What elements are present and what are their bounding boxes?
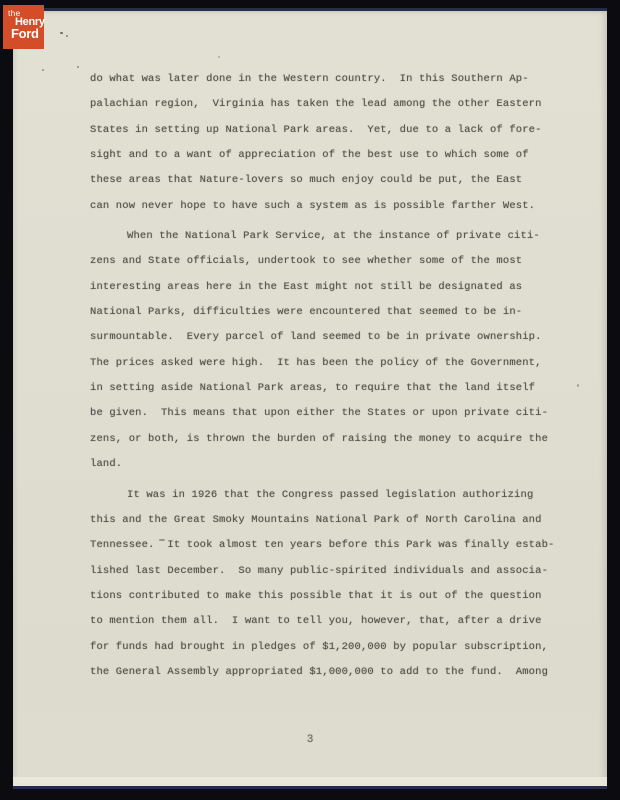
text-line: States in setting up National Park areas…: [90, 118, 580, 143]
paper-bottom-edge: [13, 777, 607, 786]
text-line: be given. This means that upon either th…: [90, 401, 580, 426]
text-line: National Parks, difficulties were encoun…: [90, 300, 580, 325]
page-number: 3: [13, 734, 607, 746]
text-line: do what was later done in the Western co…: [90, 67, 580, 92]
paragraph: It was in 1926 that the Congress passed …: [90, 483, 580, 686]
scan-speck: [66, 35, 68, 37]
text-line: sight and to a want of appreciation of t…: [90, 143, 580, 168]
scan-background: the Henry Ford do what was later done in…: [0, 0, 620, 800]
scan-speck: [60, 32, 63, 34]
text-line: for funds had brought in pledges of $1,2…: [90, 635, 580, 660]
text-line: zens, or both, is thrown the burden of r…: [90, 427, 580, 452]
document-page: do what was later done in the Western co…: [13, 8, 607, 789]
text-line: to mention them all. I want to tell you,…: [90, 609, 580, 634]
text-line: zens and State officials, undertook to s…: [90, 249, 580, 274]
text-line: these areas that Nature-lovers so much e…: [90, 168, 580, 193]
scan-speck: [159, 539, 165, 541]
text-line: tions contributed to make this possible …: [90, 584, 580, 609]
logo-text-ford: Ford: [11, 27, 44, 40]
scan-speck: [577, 384, 579, 387]
text-line: in setting aside National Park areas, to…: [90, 376, 580, 401]
text-line: palachian region, Virginia has taken the…: [90, 92, 580, 117]
text-line: It was in 1926 that the Congress passed …: [90, 483, 580, 508]
scan-speck: [218, 56, 220, 58]
text-line: Tennessee. It took almost ten years befo…: [90, 533, 580, 558]
text-line: the General Assembly appropriated $1,000…: [90, 660, 580, 685]
text-line: The prices asked were high. It has been …: [90, 351, 580, 376]
typewritten-text: do what was later done in the Western co…: [90, 67, 580, 685]
text-line: surmountable. Every parcel of land seeme…: [90, 325, 580, 350]
text-line: interesting areas here in the East might…: [90, 275, 580, 300]
text-line: lished last December. So many public-spi…: [90, 559, 580, 584]
text-line: land.: [90, 452, 580, 477]
paragraph: do what was later done in the Western co…: [90, 67, 580, 219]
text-line: When the National Park Service, at the i…: [90, 224, 580, 249]
scan-speck: [77, 66, 79, 68]
text-line: this and the Great Smoky Mountains Natio…: [90, 508, 580, 533]
paragraph: When the National Park Service, at the i…: [90, 224, 580, 477]
text-line: can now never hope to have such a system…: [90, 194, 580, 219]
scan-speck: [42, 69, 44, 71]
henry-ford-logo: the Henry Ford: [3, 5, 44, 49]
